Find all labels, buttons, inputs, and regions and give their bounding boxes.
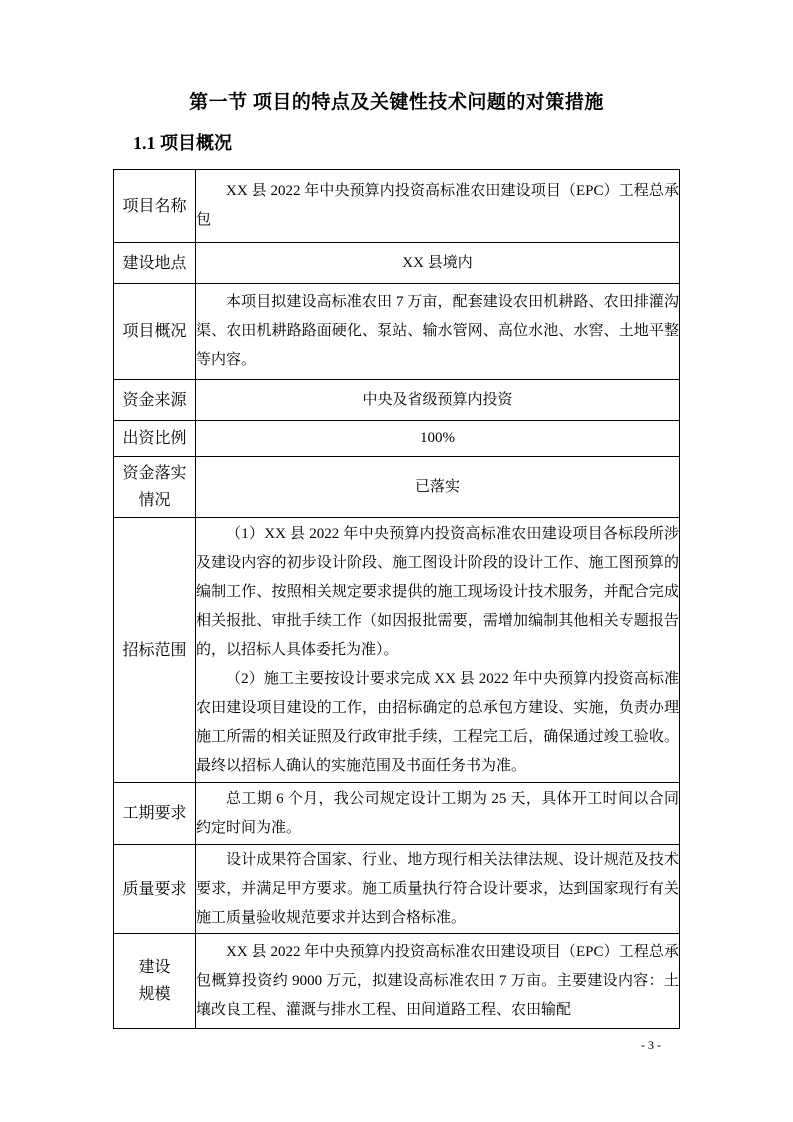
project-name-text: XX 县 2022 年中央预算内投资高标准农田建设项目（EPC）工程总承包 [196,177,679,235]
contribution-ratio-text: 100% [196,424,679,453]
subsection-title: 1.1 项目概况 [133,131,232,155]
table-row-construction-scale: 建设 规模 XX 县 2022 年中央预算内投资高标准农田建设项目（EPC）工程… [114,934,680,1029]
funding-source-text: 中央及省级预算内投资 [196,386,679,415]
contribution-ratio-value: 100% [196,421,680,457]
funding-status-text: 已落实 [196,473,679,502]
table-row-funding-status: 资金落实 情况 已落实 [114,457,680,518]
quality-requirement-value: 设计成果符合国家、行业、地方现行相关法律法规、设计规范及技术要求，并满足甲方要求… [196,845,680,934]
bidding-scope-label: 招标范围 [114,518,196,783]
schedule-requirement-text: 总工期 6 个月，我公司规定设计工期为 25 天，具体开工时间以合同约定时间为准… [196,785,679,843]
funding-source-value: 中央及省级预算内投资 [196,380,680,421]
schedule-requirement-label: 工期要求 [114,783,196,845]
schedule-requirement-value: 总工期 6 个月，我公司规定设计工期为 25 天，具体开工时间以合同约定时间为准… [196,783,680,845]
table-row-construction-location: 建设地点 XX 县境内 [114,243,680,284]
quality-requirement-text: 设计成果符合国家、行业、地方现行相关法律法规、设计规范及技术要求，并满足甲方要求… [196,846,679,933]
construction-location-label: 建设地点 [114,243,196,284]
construction-location-text: XX 县境内 [196,249,679,278]
project-name-label: 项目名称 [114,170,196,243]
construction-location-value: XX 县境内 [196,243,680,284]
construction-scale-text: XX 县 2022 年中央预算内投资高标准农田建设项目（EPC）工程总承包概算投… [196,938,679,1025]
construction-scale-label: 建设 规模 [114,934,196,1029]
bidding-scope-paragraph-1: （1）XX 县 2022 年中央预算内投资高标准农田建设项目各标段所涉及建设内容… [196,520,679,665]
funding-status-label: 资金落实 情况 [114,457,196,518]
table-row-schedule-requirement: 工期要求 总工期 6 个月，我公司规定设计工期为 25 天，具体开工时间以合同约… [114,783,680,845]
quality-requirement-label: 质量要求 [114,845,196,934]
funding-source-label: 资金来源 [114,380,196,421]
project-name-value: XX 县 2022 年中央预算内投资高标准农田建设项目（EPC）工程总承包 [196,170,680,243]
bidding-scope-paragraph-2: （2）施工主要按设计要求完成 XX 县 2022 年中央预算内投资高标准农田建设… [196,665,679,781]
table-row-contribution-ratio: 出资比例 100% [114,421,680,457]
table-row-quality-requirement: 质量要求 设计成果符合国家、行业、地方现行相关法律法规、设计规范及技术要求，并满… [114,845,680,934]
document-page: 第一节 项目的特点及关键性技术问题的对策措施 1.1 项目概况 项目名称 XX … [0,0,793,1122]
bidding-scope-value: （1）XX 县 2022 年中央预算内投资高标准农田建设项目各标段所涉及建设内容… [196,518,680,783]
funding-status-value: 已落实 [196,457,680,518]
project-overview-text: 本项目拟建设高标准农田 7 万亩，配套建设农田机耕路、农田排灌沟渠、农田机耕路路… [196,288,679,375]
project-overview-value: 本项目拟建设高标准农田 7 万亩，配套建设农田机耕路、农田排灌沟渠、农田机耕路路… [196,284,680,380]
project-overview-label: 项目概况 [114,284,196,380]
contribution-ratio-label: 出资比例 [114,421,196,457]
project-overview-table: 项目名称 XX 县 2022 年中央预算内投资高标准农田建设项目（EPC）工程总… [113,169,680,1029]
construction-scale-value: XX 县 2022 年中央预算内投资高标准农田建设项目（EPC）工程总承包概算投… [196,934,680,1029]
section-title: 第一节 项目的特点及关键性技术问题的对策措施 [113,90,680,116]
table-row-project-overview: 项目概况 本项目拟建设高标准农田 7 万亩，配套建设农田机耕路、农田排灌沟渠、农… [114,284,680,380]
table-row-bidding-scope: 招标范围 （1）XX 县 2022 年中央预算内投资高标准农田建设项目各标段所涉… [114,518,680,783]
page-number: - 3 - [641,1038,661,1052]
table-row-funding-source: 资金来源 中央及省级预算内投资 [114,380,680,421]
table-row-project-name: 项目名称 XX 县 2022 年中央预算内投资高标准农田建设项目（EPC）工程总… [114,170,680,243]
